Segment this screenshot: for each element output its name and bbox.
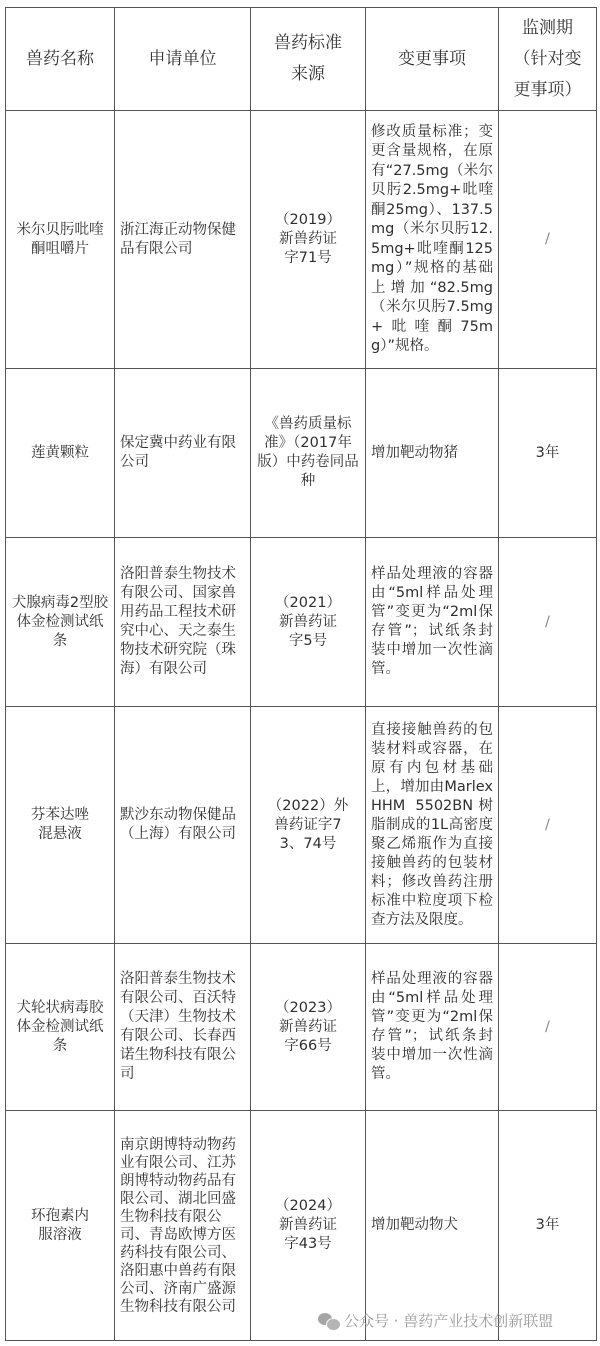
cell-standard-source: 《兽药质量标准》（2017年版）中药卷同品种 <box>251 369 366 538</box>
cell-monitoring-period: / <box>499 111 597 369</box>
cell-change-item: 修改质量标准；变更含量规格，在原有“27.5mg（米尔贝肟2.5mg+吡喹酮25… <box>366 111 499 369</box>
cell-drug-name: 环孢素内服溶液 <box>6 1111 115 1341</box>
cell-monitoring-period: / <box>499 707 597 944</box>
cell-standard-source: （2021）新兽药证字5号 <box>251 538 366 707</box>
table-header-row: 兽药名称 申请单位 兽药标准来源 变更事项 监测期（针对变更事项） <box>6 8 597 111</box>
table-row: 犬轮状病毒胶体金检测试纸条 洛阳普泰生物技术有限公司、百沃特（天津）生物技术有限… <box>6 944 597 1111</box>
header-drug-name: 兽药名称 <box>6 8 115 111</box>
cell-change-item: 增加靶动物猪 <box>366 369 499 538</box>
cell-monitoring-period: / <box>499 538 597 707</box>
cell-drug-name: 犬轮状病毒胶体金检测试纸条 <box>6 944 115 1111</box>
cell-change-item: 样品处理液的容器由“5ml样品处理管”变更为“2ml保存管”；试纸条封装中增加一… <box>366 944 499 1111</box>
header-standard-source: 兽药标准来源 <box>251 8 366 111</box>
cell-change-item: 样品处理液的容器由“5ml样品处理管”变更为“2ml保存管”；试纸条封装中增加一… <box>366 538 499 707</box>
cell-drug-name: 犬腺病毒2型胶体金检测试纸条 <box>6 538 115 707</box>
header-change-item: 变更事项 <box>366 8 499 111</box>
cell-applicant: 浙江海正动物保健品有限公司 <box>115 111 251 369</box>
cell-monitoring-period: 3年 <box>499 369 597 538</box>
cell-standard-source: （2022）外兽药证字73、74号 <box>251 707 366 944</box>
cell-standard-source: （2019）新兽药证字71号 <box>251 111 366 369</box>
cell-drug-name: 芬苯达唑混悬液 <box>6 707 115 944</box>
cell-drug-name: 莲黄颗粒 <box>6 369 115 538</box>
header-applicant: 申请单位 <box>115 8 251 111</box>
table-row: 犬腺病毒2型胶体金检测试纸条 洛阳普泰生物技术有限公司、国家兽用药品工程技术研究… <box>6 538 597 707</box>
cell-drug-name: 米尔贝肟吡喹酮咀嚼片 <box>6 111 115 369</box>
cell-applicant: 南京朗博特动物药业有限公司、江苏朗博特动物药品有限公司、湖北回盛生物科技有限公司… <box>115 1111 251 1341</box>
table-row: 环孢素内服溶液 南京朗博特动物药业有限公司、江苏朗博特动物药品有限公司、湖北回盛… <box>6 1111 597 1341</box>
cell-applicant: 默沙东动物保健品（上海）有限公司 <box>115 707 251 944</box>
cell-applicant: 洛阳普泰生物技术有限公司、国家兽用药品工程技术研究中心、天之泰生物技术研究院（珠… <box>115 538 251 707</box>
table-row: 芬苯达唑混悬液 默沙东动物保健品（上海）有限公司 （2022）外兽药证字73、7… <box>6 707 597 944</box>
cell-monitoring-period: 3年 <box>499 1111 597 1341</box>
veterinary-drug-change-table-container: 兽药名称 申请单位 兽药标准来源 变更事项 监测期（针对变更事项） 米尔贝肟吡喹… <box>5 7 596 1341</box>
cell-standard-source: （2023）新兽药证字66号 <box>251 944 366 1111</box>
cell-change-item: 直接接触兽药的包装材料或容器，在原有内包材基础上，增加由Marlex HHM 5… <box>366 707 499 944</box>
header-monitoring-period: 监测期（针对变更事项） <box>499 8 597 111</box>
table-row: 米尔贝肟吡喹酮咀嚼片 浙江海正动物保健品有限公司 （2019）新兽药证字71号 … <box>6 111 597 369</box>
cell-monitoring-period: / <box>499 944 597 1111</box>
veterinary-drug-change-table: 兽药名称 申请单位 兽药标准来源 变更事项 监测期（针对变更事项） 米尔贝肟吡喹… <box>5 7 597 1341</box>
cell-applicant: 保定冀中药业有限公司 <box>115 369 251 538</box>
table-row: 莲黄颗粒 保定冀中药业有限公司 《兽药质量标准》（2017年版）中药卷同品种 增… <box>6 369 597 538</box>
cell-applicant: 洛阳普泰生物技术有限公司、百沃特（天津）生物技术有限公司、长春西诺生物科技有限公… <box>115 944 251 1111</box>
cell-change-item: 增加靶动物犬 <box>366 1111 499 1341</box>
cell-standard-source: （2024）新兽药证字43号 <box>251 1111 366 1341</box>
